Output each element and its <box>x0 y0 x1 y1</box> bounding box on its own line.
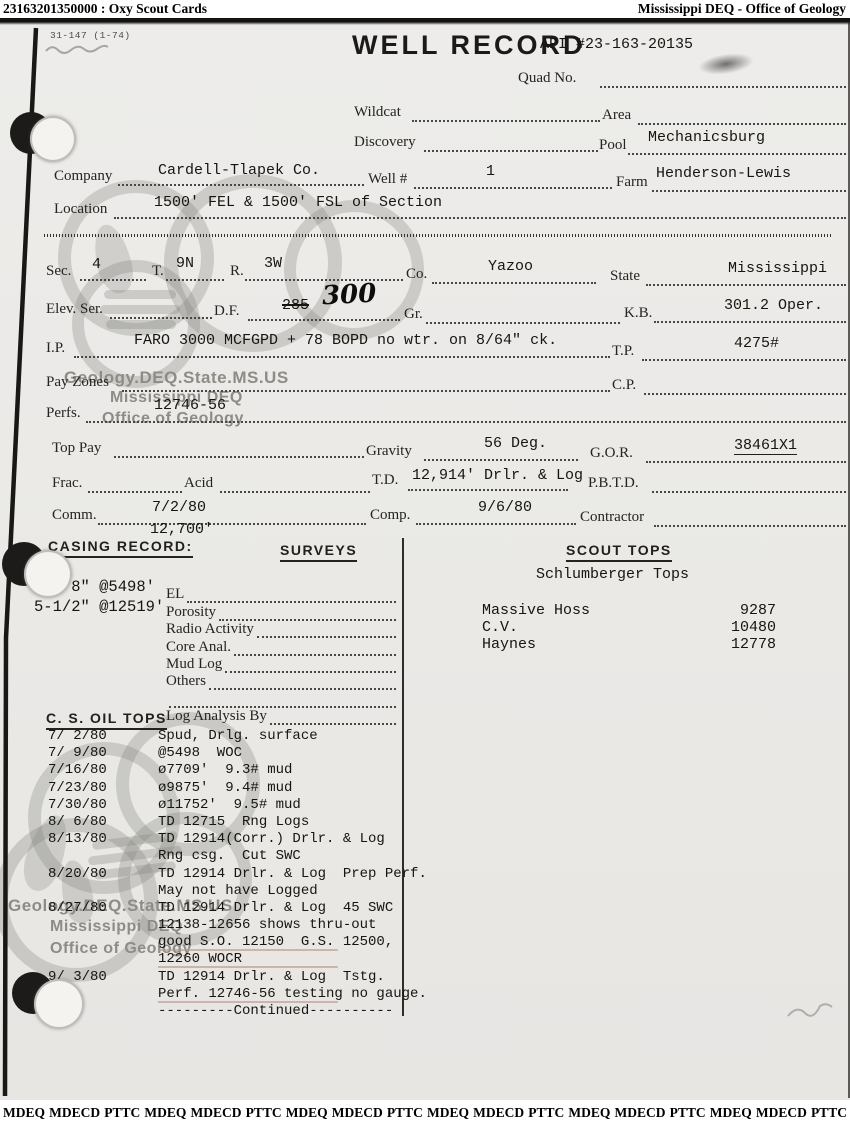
log-entry-date: 8/20/80 <box>48 866 158 883</box>
drilling-log-entry: good S.O. 12150 G.S. 12500, <box>48 934 468 951</box>
dotted-rule <box>600 83 846 88</box>
log-entry-date: 7/ 9/80 <box>48 745 158 762</box>
dotted-rule <box>118 181 364 186</box>
drilling-log-entry: 7/23/80 ø9875' 9.4# mud <box>48 780 468 797</box>
log-entry-text: May not have Logged <box>158 883 468 900</box>
drilling-log-entry: Perf. 12746-56 testing no gauge. <box>48 986 468 1003</box>
perfs-label: Perfs. <box>46 405 81 422</box>
drilling-log-entry: 7/30/80 ø11752' 9.5# mud <box>48 797 468 814</box>
well-number-label: Well # <box>368 171 407 188</box>
comm-extra-value: 12,700' <box>150 521 213 538</box>
footer-token: MDEQ <box>427 1105 469 1121</box>
kb-label: K.B. <box>624 305 652 322</box>
log-entry-date: 8/27/80 <box>48 900 158 917</box>
log-entry-date: 8/13/80 <box>48 831 158 848</box>
comp-label: Comp. <box>370 507 410 524</box>
footer-token: MDEQ <box>144 1105 186 1121</box>
quad-label: Quad No. <box>518 70 576 87</box>
area-label: Area <box>602 107 631 124</box>
log-entry-text: 12138-12656 shows thru-out <box>158 917 468 934</box>
gor-value: 38461X1 <box>734 437 797 455</box>
sec-label: Sec. <box>46 263 71 280</box>
oil-tops-heading: C. S. OIL TOPS <box>46 710 167 730</box>
drilling-log-entry: 7/16/80 ø7709' 9.3# mud <box>48 762 468 779</box>
td-label: T.D. <box>372 472 398 489</box>
dotted-rule <box>414 184 612 189</box>
dotted-rule <box>412 117 600 122</box>
viewer-header: 23163201350000 : Oxy Scout Cards Mississ… <box>0 0 850 18</box>
watermark-wave <box>100 305 180 314</box>
log-entry-date: 7/ 2/80 <box>48 728 158 745</box>
ip-label: I.P. <box>46 340 65 357</box>
footer-token: MDEQ <box>286 1105 328 1121</box>
elevation-series-label: Elev. Ser. <box>46 301 103 318</box>
dotted-rule <box>426 319 620 324</box>
log-entry-text: TD 12914 Drlr. & Log Tstg. <box>158 969 468 986</box>
dotted-rule <box>257 633 396 638</box>
log-entry-date: 8/ 6/80 <box>48 814 158 831</box>
state-label: State <box>610 268 640 285</box>
drilling-log-entry: 7/ 9/80 @5498 WOC <box>48 745 468 762</box>
gravity-value: 56 Deg. <box>484 435 547 452</box>
survey-label: Others <box>166 673 206 690</box>
dotted-rule <box>122 387 610 392</box>
well-number-value: 1 <box>486 163 495 180</box>
footer-token: MDEQ <box>568 1105 610 1121</box>
survey-row: Core Anal. <box>166 638 396 655</box>
footer-token: MDECD <box>190 1105 241 1121</box>
formation-depth: 10480 <box>731 619 776 636</box>
dotted-rule <box>86 418 846 423</box>
dotted-rule <box>219 616 396 621</box>
log-entry-text: TD 12914 Drlr. & Log Prep Perf. <box>158 866 468 883</box>
dotted-rule <box>628 150 846 155</box>
footer-token: PTTC <box>387 1105 423 1121</box>
log-entry-date <box>48 883 158 900</box>
form-number: 31-147 (1-74) <box>50 30 131 41</box>
log-entry-date: 7/23/80 <box>48 780 158 797</box>
log-entry-date <box>48 848 158 865</box>
drilling-log-entry: 7/ 2/80 Spud, Drlg. surface <box>48 728 468 745</box>
df-handwritten-value: 300 <box>321 279 377 312</box>
casing-entry: 5-1/2" @12519' <box>34 598 164 618</box>
drilling-log-entry: May not have Logged <box>48 883 468 900</box>
footer-token: PTTC <box>104 1105 140 1121</box>
gravity-label: Gravity <box>366 443 412 460</box>
dotted-rule <box>187 598 396 603</box>
tp-label: T.P. <box>612 343 634 360</box>
dotted-rule <box>225 668 396 673</box>
dotted-rule <box>432 279 596 284</box>
drilling-log-entry: 8/20/80 TD 12914 Drlr. & Log Prep Perf. <box>48 866 468 883</box>
dotted-rule <box>652 488 846 493</box>
tp-value: 4275# <box>734 335 779 352</box>
dotted-rule <box>646 281 846 286</box>
footer-token: MDECD <box>614 1105 665 1121</box>
log-entry-date <box>48 934 158 951</box>
hole-punch-mark <box>24 550 72 598</box>
dotted-rule <box>88 488 182 493</box>
contractor-label: Contractor <box>580 509 644 526</box>
scout-top-row: Massive Hoss 9287 <box>482 602 776 619</box>
dotted-rule <box>416 520 576 525</box>
survey-row: Log Analysis By <box>166 708 396 725</box>
township-value: 9N <box>176 255 194 272</box>
casing-record-heading: CASING RECORD: <box>48 538 193 558</box>
footer-token: MDECD <box>332 1105 383 1121</box>
dotted-rule <box>74 353 610 358</box>
surveys-list: EL Porosity Radio Activity Core Anal. <box>166 586 396 725</box>
county-value: Yazoo <box>488 258 533 275</box>
section-divider <box>44 234 832 237</box>
dotted-rule <box>654 522 846 527</box>
log-entry-text: TD 12715 Rng Logs <box>158 814 468 831</box>
dotted-rule <box>424 456 578 461</box>
gr-label: Gr. <box>404 306 423 323</box>
survey-label: Porosity <box>166 604 216 621</box>
cp-label: C.P. <box>612 377 636 394</box>
survey-label: Mud Log <box>166 656 222 673</box>
log-entry-text: 12260 WOCR <box>158 951 468 968</box>
drilling-log-entry: ---------Continued---------- <box>48 1003 468 1020</box>
state-value: Mississippi <box>728 260 827 277</box>
td-value: 12,914' Drlr. & Log <box>412 467 583 484</box>
df-typed-value: 285 <box>282 297 309 314</box>
scanned-card: Geology.DEQ.State.MS.US Mississippi DEQ … <box>0 18 850 1100</box>
footer-token: MDEQ <box>710 1105 752 1121</box>
df-label: D.F. <box>214 303 239 320</box>
pay-zones-label: Pay Zones <box>46 374 109 391</box>
formation-depth: 12778 <box>731 636 776 653</box>
dotted-rule <box>248 316 400 321</box>
footer-token: MDECD <box>473 1105 524 1121</box>
log-entry-text: TD 12914 Drlr. & Log 45 SWC <box>158 900 468 917</box>
drilling-log-list: 7/ 2/80 Spud, Drlg. surface 7/ 9/80 @549… <box>48 728 468 1020</box>
pbtd-label: P.B.T.D. <box>588 475 639 492</box>
surveys-heading: SURVEYS <box>280 542 357 562</box>
footer-token: MDEQ <box>3 1105 45 1121</box>
gor-label: G.O.R. <box>590 445 633 462</box>
kb-value: 301.2 Oper. <box>724 297 823 314</box>
ip-value: FARO 3000 MCFGPD + 78 BOPD no wtr. on 8/… <box>134 332 557 349</box>
company-label: Company <box>54 168 112 185</box>
drilling-log-entry: 12260 WOCR <box>48 951 468 968</box>
dotted-rule <box>638 120 846 125</box>
scout-top-row: C.V. 10480 <box>482 619 776 636</box>
dotted-rule <box>234 651 396 656</box>
drilling-log-entry: 9/ 3/80 TD 12914 Drlr. & Log Tstg. <box>48 969 468 986</box>
log-entry-text: ø9875' 9.4# mud <box>158 780 468 797</box>
scout-top-row: Haynes 12778 <box>482 636 776 653</box>
dotted-rule <box>110 314 212 319</box>
footer-token: PTTC <box>246 1105 282 1121</box>
dotted-rule <box>646 458 846 463</box>
dotted-rule <box>270 720 396 725</box>
company-value: Cardell-Tlapek Co. <box>158 162 320 179</box>
survey-label: Radio Activity <box>166 621 254 638</box>
drilling-log-entry: 8/ 6/80 TD 12715 Rng Logs <box>48 814 468 831</box>
log-entry-text: ø11752' 9.5# mud <box>158 797 468 814</box>
agency-title: Mississippi DEQ - Office of Geology <box>638 1 846 17</box>
scout-tops-heading: SCOUT TOPS <box>566 542 672 562</box>
range-label: R. <box>230 263 244 280</box>
perfs-value: 12746-56 <box>154 397 226 414</box>
hole-punch-mark <box>30 116 76 162</box>
survey-label: EL <box>166 586 184 603</box>
log-entry-text: Spud, Drlg. surface <box>158 728 468 745</box>
survey-row: EL <box>166 586 396 603</box>
sec-value: 4 <box>92 256 101 273</box>
log-entry-date <box>48 951 158 968</box>
wildcat-label: Wildcat <box>354 104 401 121</box>
footer-token: MDECD <box>756 1105 807 1121</box>
log-entry-text: Rng csg. Cut SWC <box>158 848 468 865</box>
dotted-rule <box>114 453 364 458</box>
document-id-title: 23163201350000 : Oxy Scout Cards <box>3 1 207 17</box>
drilling-log-entry: 8/27/80 TD 12914 Drlr. & Log 45 SWC <box>48 900 468 917</box>
watermark-wave <box>104 290 176 299</box>
footer-token: MDECD <box>49 1105 100 1121</box>
township-label: T. <box>152 263 164 280</box>
comm-label: Comm. <box>52 507 97 524</box>
log-entry-date: 7/16/80 <box>48 762 158 779</box>
drilling-log-entry: 12138-12656 shows thru-out <box>48 917 468 934</box>
formation-name: C.V. <box>482 619 518 636</box>
scanned-well-record-page: 23163201350000 : Oxy Scout Cards Mississ… <box>0 0 850 1125</box>
county-label: Co. <box>406 266 427 283</box>
dotted-rule <box>644 390 846 395</box>
pool-value: Mechanicsburg <box>648 129 765 146</box>
watermark-wave <box>106 320 176 329</box>
dotted-rule <box>169 703 396 708</box>
scout-tops-list: Massive Hoss 9287 C.V. 10480 Haynes 1277… <box>482 602 776 653</box>
dotted-rule <box>642 356 846 361</box>
dotted-rule <box>166 276 224 281</box>
footer-token: PTTC <box>670 1105 706 1121</box>
comp-value: 9/6/80 <box>478 499 532 516</box>
frac-label: Frac. <box>52 475 82 492</box>
dotted-rule <box>114 214 846 219</box>
drilling-log-entry: Rng csg. Cut SWC <box>48 848 468 865</box>
log-entry-text: good S.O. 12150 G.S. 12500, <box>158 934 468 951</box>
drilling-log-entry: 8/13/80 TD 12914(Corr.) Drlr. & Log <box>48 831 468 848</box>
dotted-rule <box>424 147 598 152</box>
farm-value: Henderson-Lewis <box>656 165 791 182</box>
range-value: 3W <box>264 255 282 272</box>
footer-strip: MDEQMDECDPTTCMDEQMDECDPTTCMDEQMDECDPTTCM… <box>0 1100 850 1125</box>
location-label: Location <box>54 201 107 218</box>
footer-token: PTTC <box>528 1105 564 1121</box>
ink-smudge <box>697 50 755 78</box>
survey-label: Log Analysis By <box>166 708 267 725</box>
log-entry-text: ø7709' 9.3# mud <box>158 762 468 779</box>
scan-top-edge <box>0 18 850 25</box>
survey-row: Porosity <box>166 603 396 620</box>
formation-name: Haynes <box>482 636 536 653</box>
pool-label: Pool <box>599 137 627 154</box>
dotted-rule <box>654 318 846 323</box>
survey-row: Mud Log <box>166 656 396 673</box>
comm-value: 7/2/80 <box>152 499 206 516</box>
formation-name: Massive Hoss <box>482 602 590 619</box>
dotted-rule <box>209 685 396 690</box>
log-entry-text: TD 12914(Corr.) Drlr. & Log <box>158 831 468 848</box>
survey-row: Others <box>166 673 396 690</box>
hole-punch-mark <box>34 979 84 1029</box>
survey-label: Core Anal. <box>166 639 231 656</box>
dotted-rule <box>220 488 370 493</box>
top-pay-label: Top Pay <box>52 440 101 457</box>
survey-row: Radio Activity <box>166 621 396 638</box>
survey-row <box>166 690 396 707</box>
log-entry-date: 7/30/80 <box>48 797 158 814</box>
api-number: API #23-163-20135 <box>540 36 693 53</box>
log-entry-text: Perf. 12746-56 testing no gauge. <box>158 986 468 1003</box>
footer-token: PTTC <box>811 1105 847 1121</box>
log-entry-text: @5498 WOC <box>158 745 468 762</box>
discovery-label: Discovery <box>354 134 416 151</box>
formation-depth: 9287 <box>740 602 776 619</box>
dotted-rule <box>80 276 146 281</box>
dotted-rule <box>408 486 568 491</box>
dotted-rule <box>98 520 366 525</box>
log-entry-text: ---------Continued---------- <box>158 1003 468 1020</box>
acid-label: Acid <box>184 475 213 492</box>
location-value: 1500' FEL & 1500' FSL of Section <box>154 194 442 211</box>
log-entry-date <box>48 917 158 934</box>
scout-tops-subheading: Schlumberger Tops <box>536 566 689 583</box>
dotted-rule <box>652 187 846 192</box>
farm-label: Farm <box>616 174 648 191</box>
